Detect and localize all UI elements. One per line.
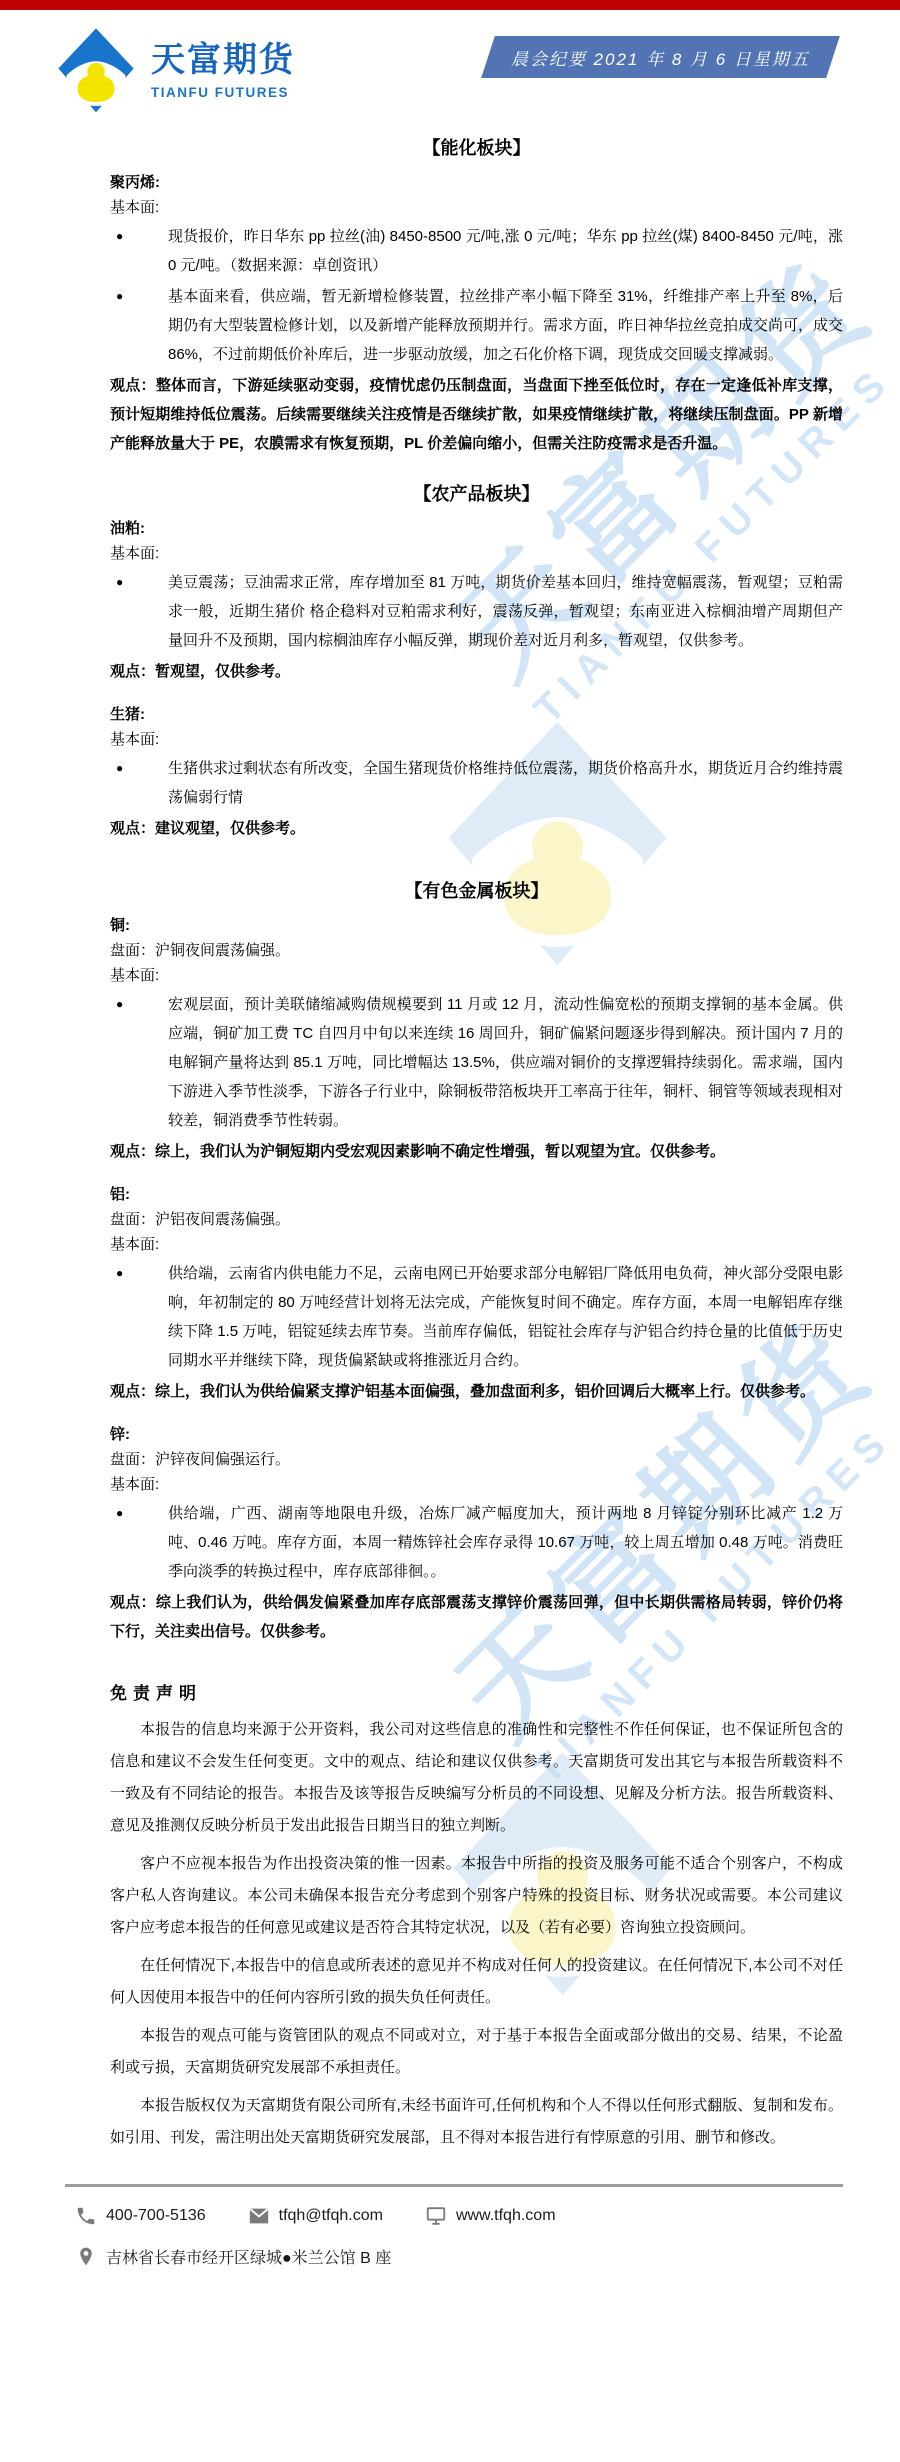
- monitor-icon: [425, 2205, 447, 2227]
- fundamentals-label: 基本面:: [110, 1232, 843, 1257]
- bullet-text: 生猪供求过剩状态有所改变，全国生猪现货价格维持低位震荡，期货价格高升水，期货近月…: [168, 754, 843, 812]
- group-live-hog: 生猪: 基本面: 生猪供求过剩状态有所改变，全国生猪现货价格维持低位震荡，期货价…: [110, 702, 843, 843]
- bullet-icon: [110, 990, 168, 1135]
- commodity-name: 锌:: [110, 1422, 843, 1447]
- bullet-text: 宏观层面，预计美联储缩减购债规模要到 11 月或 12 月，流动性偏宽松的预期支…: [168, 990, 843, 1135]
- bullet-text: 供给端，广西、湖南等地限电升级，冶炼厂减产幅度加大，预计两地 8 月锌锭分别环比…: [168, 1499, 843, 1586]
- footer-phone[interactable]: 400-700-5136: [75, 2205, 206, 2227]
- top-red-bar: [0, 0, 900, 10]
- commodity-name: 油粕:: [110, 516, 843, 541]
- viewpoint-text: 观点：综上，我们认为供给偏紧支撑沪铝基本面偏强，叠加盘面利多，铝价回调后大概率上…: [110, 1377, 843, 1406]
- market-surface-line: 盘面：沪铜夜间震荡偏强。: [110, 938, 843, 963]
- bullet-item: 供给端，云南省内供电能力不足，云南电网已开始要求部分电解铝厂降低用电负荷，神火部…: [110, 1259, 843, 1375]
- report-footer: 400-700-5136 tfqh@tfqh.com www.tfqh.com: [0, 2184, 900, 2268]
- brand-text: 天富期货 TIANFU FUTURES: [151, 41, 295, 100]
- group-oil-meal: 油粕: 基本面: 美豆震荡；豆油需求正常，库存增加至 81 万吨，期货价差基本回…: [110, 516, 843, 686]
- footer-email[interactable]: tfqh@tfqh.com: [248, 2205, 383, 2227]
- footer-address: 吉林省长春市经开区绿城●米兰公馆 B 座: [75, 2245, 391, 2268]
- phone-icon: [75, 2205, 97, 2227]
- report-header: 天富期货 TIANFU FUTURES 晨会纪要 2021 年 8 月 6 日星…: [0, 0, 900, 118]
- brand-name-en: TIANFU FUTURES: [151, 85, 295, 100]
- bullet-icon: [110, 1259, 168, 1375]
- location-pin-icon: [75, 2246, 97, 2268]
- bullet-item: 基本面来看，供应端，暂无新增检修装置，拉丝排产率小幅下降至 31%，纤维排产率上…: [110, 282, 843, 369]
- viewpoint-text: 观点：整体而言，下游延续驱动变弱，疫情忧虑仍压制盘面，当盘面下挫至低位时，存在一…: [110, 371, 843, 458]
- disclaimer-section: 免责声明 本报告的信息均来源于公开资料，我公司对这些信息的准确性和完整性不作任何…: [0, 1680, 900, 2154]
- disclaimer-paragraph: 本报告版权仅为天富期货有限公司所有,未经书面许可,任何机构和个人不得以任何形式翻…: [110, 2090, 843, 2154]
- disclaimer-title: 免责声明: [110, 1680, 843, 1708]
- bullet-text: 现货报价，昨日华东 pp 拉丝(油) 8450-8500 元/吨,涨 0 元/吨…: [168, 222, 843, 280]
- brand-name-cn: 天富期货: [151, 41, 295, 79]
- viewpoint-text: 观点：建议观望，仅供参考。: [110, 814, 843, 843]
- disclaimer-paragraph: 本报告的信息均来源于公开资料，我公司对这些信息的准确性和完整性不作任何保证，也不…: [110, 1714, 843, 1842]
- fundamentals-label: 基本面:: [110, 541, 843, 566]
- fundamentals-label: 基本面:: [110, 727, 843, 752]
- market-surface-line: 盘面：沪锌夜间偏强运行。: [110, 1447, 843, 1472]
- section-title-nonferrous: 【有色金属板块】: [110, 877, 843, 905]
- footer-phone-text: 400-700-5136: [106, 2207, 206, 2225]
- bullet-item: 生猪供求过剩状态有所改变，全国生猪现货价格维持低位震荡，期货价格高升水，期货近月…: [110, 754, 843, 812]
- bullet-icon: [110, 1499, 168, 1586]
- report-body: 【能化板块】 聚丙烯: 基本面: 现货报价，昨日华东 pp 拉丝(油) 8450…: [0, 134, 900, 1646]
- footer-email-text: tfqh@tfqh.com: [279, 2207, 383, 2225]
- meeting-banner: 晨会纪要 2021 年 8 月 6 日星期五: [481, 36, 840, 78]
- group-zinc: 锌: 盘面：沪锌夜间偏强运行。 基本面: 供给端，广西、湖南等地限电升级，冶炼厂…: [110, 1422, 843, 1646]
- group-aluminum: 铝: 盘面：沪铝夜间震荡偏强。 基本面: 供给端，云南省内供电能力不足，云南电网…: [110, 1182, 843, 1406]
- commodity-name: 聚丙烯:: [110, 170, 843, 195]
- viewpoint-text: 观点：综上我们认为，供给偶发偏紧叠加库存底部震荡支撑锌价震荡回弹，但中长期供需格…: [110, 1588, 843, 1646]
- fundamentals-label: 基本面:: [110, 1472, 843, 1497]
- commodity-name: 铜:: [110, 913, 843, 938]
- bullet-text: 美豆震荡；豆油需求正常，库存增加至 81 万吨，期货价差基本回归，维持宽幅震荡，…: [168, 568, 843, 655]
- bullet-icon: [110, 222, 168, 280]
- bullet-text: 供给端，云南省内供电能力不足，云南电网已开始要求部分电解铝厂降低用电负荷，神火部…: [168, 1259, 843, 1375]
- footer-address-text: 吉林省长春市经开区绿城●米兰公馆 B 座: [106, 2245, 391, 2268]
- disclaimer-paragraph: 客户不应视本报告为作出投资决策的惟一因素。本报告中所指的投资及服务可能不适合个别…: [110, 1848, 843, 1944]
- fundamentals-label: 基本面:: [110, 195, 843, 220]
- bullet-item: 现货报价，昨日华东 pp 拉丝(油) 8450-8500 元/吨,涨 0 元/吨…: [110, 222, 843, 280]
- brand-logo: 天富期货 TIANFU FUTURES: [55, 26, 295, 114]
- footer-website[interactable]: www.tfqh.com: [425, 2205, 556, 2227]
- footer-address-row: 吉林省长春市经开区绿城●米兰公馆 B 座: [0, 2245, 900, 2268]
- commodity-name: 生猪:: [110, 702, 843, 727]
- bullet-icon: [110, 754, 168, 812]
- envelope-icon: [248, 2205, 270, 2227]
- report-page: 天富期货 TIANFU FUTURES 天富期货 TIANFU FUTURES: [0, 0, 900, 2462]
- disclaimer-paragraph: 本报告的观点可能与资管团队的观点不同或对立，对于基于本报告全面或部分做出的交易、…: [110, 2020, 843, 2084]
- footer-contact-row: 400-700-5136 tfqh@tfqh.com www.tfqh.com: [0, 2205, 900, 2227]
- market-surface-line: 盘面：沪铝夜间震荡偏强。: [110, 1207, 843, 1232]
- bullet-item: 供给端，广西、湖南等地限电升级，冶炼厂减产幅度加大，预计两地 8 月锌锭分别环比…: [110, 1499, 843, 1586]
- section-title-energy: 【能化板块】: [110, 134, 843, 162]
- bullet-item: 美豆震荡；豆油需求正常，库存增加至 81 万吨，期货价差基本回归，维持宽幅震荡，…: [110, 568, 843, 655]
- meeting-banner-text: 晨会纪要 2021 年 8 月 6 日星期五: [511, 45, 810, 70]
- bullet-text: 基本面来看，供应端，暂无新增检修装置，拉丝排产率小幅下降至 31%，纤维排产率上…: [168, 282, 843, 369]
- group-copper: 铜: 盘面：沪铜夜间震荡偏强。 基本面: 宏观层面，预计美联储缩减购债规模要到 …: [110, 913, 843, 1166]
- bullet-icon: [110, 282, 168, 369]
- disclaimer-paragraph: 在任何情况下,本报告中的信息或所表述的意见并不构成对任何人的投资建议。在任何情况…: [110, 1950, 843, 2014]
- group-polypropylene: 聚丙烯: 基本面: 现货报价，昨日华东 pp 拉丝(油) 8450-8500 元…: [110, 170, 843, 458]
- viewpoint-text: 观点：综上，我们认为沪铜短期内受宏观因素影响不确定性增强，暂以观望为宜。仅供参考…: [110, 1137, 843, 1166]
- bullet-icon: [110, 568, 168, 655]
- commodity-name: 铝:: [110, 1182, 843, 1207]
- viewpoint-text: 观点：暂观望，仅供参考。: [110, 657, 843, 686]
- footer-divider: [65, 2184, 843, 2187]
- footer-website-text: www.tfqh.com: [456, 2207, 556, 2225]
- bullet-item: 宏观层面，预计美联储缩减购债规模要到 11 月或 12 月，流动性偏宽松的预期支…: [110, 990, 843, 1135]
- fundamentals-label: 基本面:: [110, 963, 843, 988]
- tianfu-logo-icon: [55, 26, 137, 114]
- section-title-agriculture: 【农产品板块】: [110, 480, 843, 508]
